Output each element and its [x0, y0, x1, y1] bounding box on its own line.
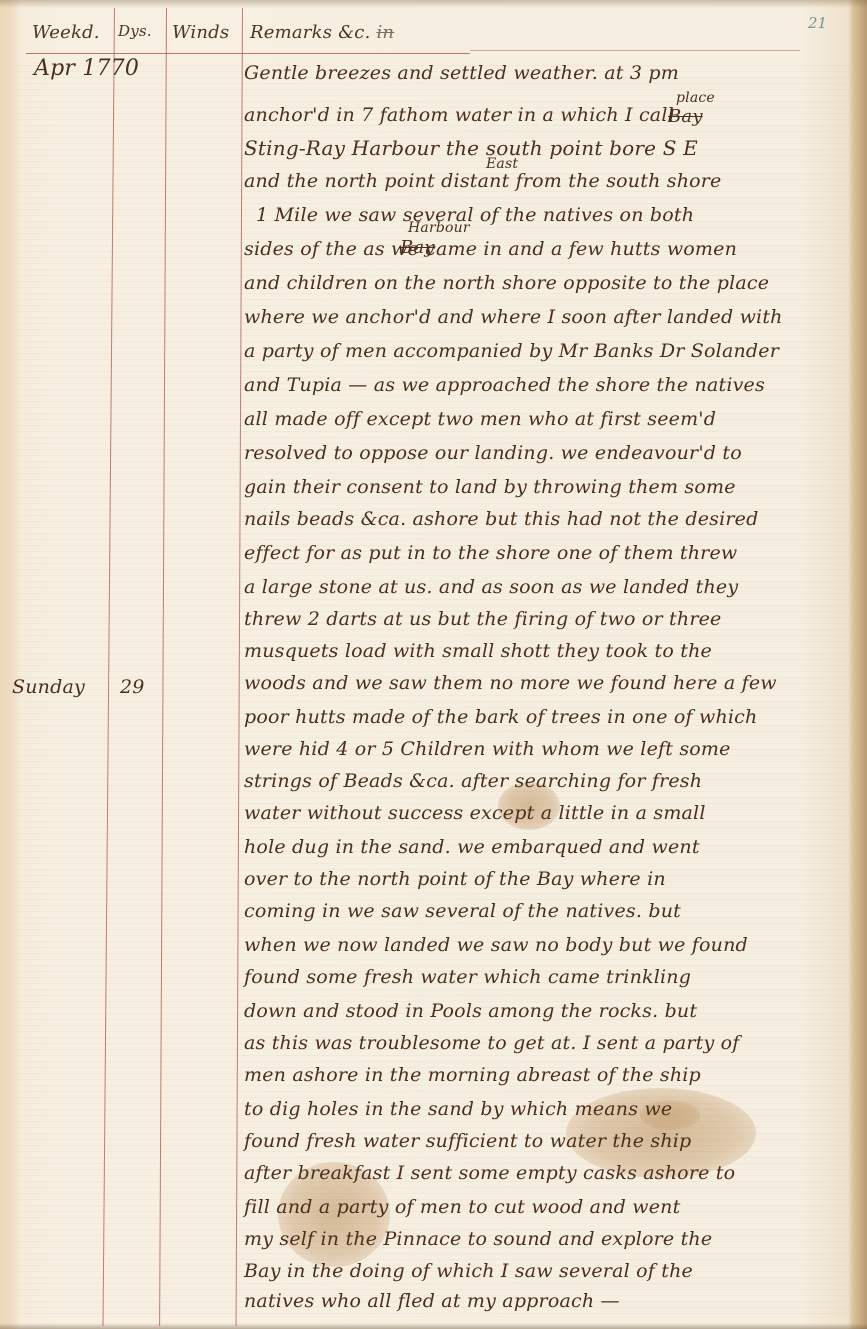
header-rule — [26, 53, 470, 54]
text-line: when we now landed we saw no body but we… — [244, 934, 748, 956]
margin-date: Apr 1770 — [34, 56, 139, 81]
text-line: where we anchor'd and where I soon after… — [244, 306, 783, 328]
text-line: and Tupia — as we approached the shore t… — [244, 374, 765, 396]
text-line: threw 2 darts at us but the firing of tw… — [244, 608, 722, 630]
header-remarks: Remarks &c. in — [250, 22, 394, 43]
text-line: as this was troublesome to get at. I sen… — [244, 1032, 740, 1054]
text-line: and children on the north shore opposite… — [244, 272, 769, 294]
manuscript-page: 21 Weekd. Dys. Winds Remarks &c. in Apr … — [0, 0, 867, 1329]
text-line: all made off except two men who at first… — [244, 408, 716, 430]
text-line: 1 Mile we saw several of the natives on … — [256, 204, 694, 226]
text-line: were hid 4 or 5 Children with whom we le… — [244, 738, 731, 760]
text-line: down and stood in Pools among the rocks.… — [244, 1000, 697, 1022]
text-line: gain their consent to land by throwing t… — [244, 476, 736, 498]
insertion-place: place — [676, 90, 715, 106]
text-line: after breakfast I sent some empty casks … — [244, 1162, 735, 1184]
page-top-shadow — [0, 0, 867, 8]
text-line: a large stone at us. and as soon as we l… — [244, 576, 738, 598]
text-line: and the north point distant from the sou… — [244, 170, 722, 192]
text-line: strings of Beads &ca. after searching fo… — [244, 770, 702, 792]
text-line: anchor'd in 7 fathom water in a which I … — [244, 104, 674, 126]
header-rule-right — [470, 50, 800, 51]
text-line: effect for as put in to the shore one of… — [244, 542, 737, 564]
header-remarks-label: Remarks &c. — [250, 22, 371, 43]
page-number: 21 — [808, 14, 827, 32]
text-line: woods and we saw them no more we found h… — [244, 672, 777, 694]
margin-day-label: Sunday — [12, 676, 85, 698]
text-line: nails beads &ca. ashore but this had not… — [244, 508, 758, 530]
text-line: Bay in the doing of which I saw several … — [244, 1260, 693, 1282]
text-line: my self in the Pinnace to sound and expl… — [244, 1228, 712, 1250]
header-remarks-struck: in — [376, 22, 394, 43]
text-line: sides of the as we came in and a few hut… — [244, 238, 737, 260]
text-line: found some fresh water which came trinkl… — [244, 966, 691, 988]
header-days: Dys. — [118, 22, 152, 40]
header-winds: Winds — [172, 22, 229, 43]
page-bottom-edge — [0, 1323, 867, 1329]
text-line: natives who all fled at my approach — — [244, 1290, 620, 1312]
text-line: Sting-Ray Harbour the south point bore S… — [244, 136, 698, 160]
text-line: Gentle breezes and settled weather. at 3… — [244, 62, 679, 84]
text-line: fill and a party of men to cut wood and … — [244, 1196, 680, 1218]
text-line: found fresh water sufficient to water th… — [244, 1130, 691, 1152]
text-line: men ashore in the morning abreast of the… — [244, 1064, 701, 1086]
text-line: to dig holes in the sand by which means … — [244, 1098, 672, 1120]
text-line: hole dug in the sand. we embarqued and w… — [244, 836, 700, 858]
margin-day-number: 29 — [120, 676, 145, 698]
text-line: musquets load with small shott they took… — [244, 640, 712, 662]
text-line: a party of men accompanied by Mr Banks D… — [244, 340, 779, 362]
text-line: resolved to oppose our landing. we endea… — [244, 442, 742, 464]
text-line: coming in we saw several of the natives.… — [244, 900, 681, 922]
text-line: over to the north point of the Bay where… — [244, 868, 666, 890]
text-line: water without success except a little in… — [244, 802, 706, 824]
text-line: poor hutts made of the bark of trees in … — [244, 706, 757, 728]
header-weekday: Weekd. — [32, 22, 100, 43]
